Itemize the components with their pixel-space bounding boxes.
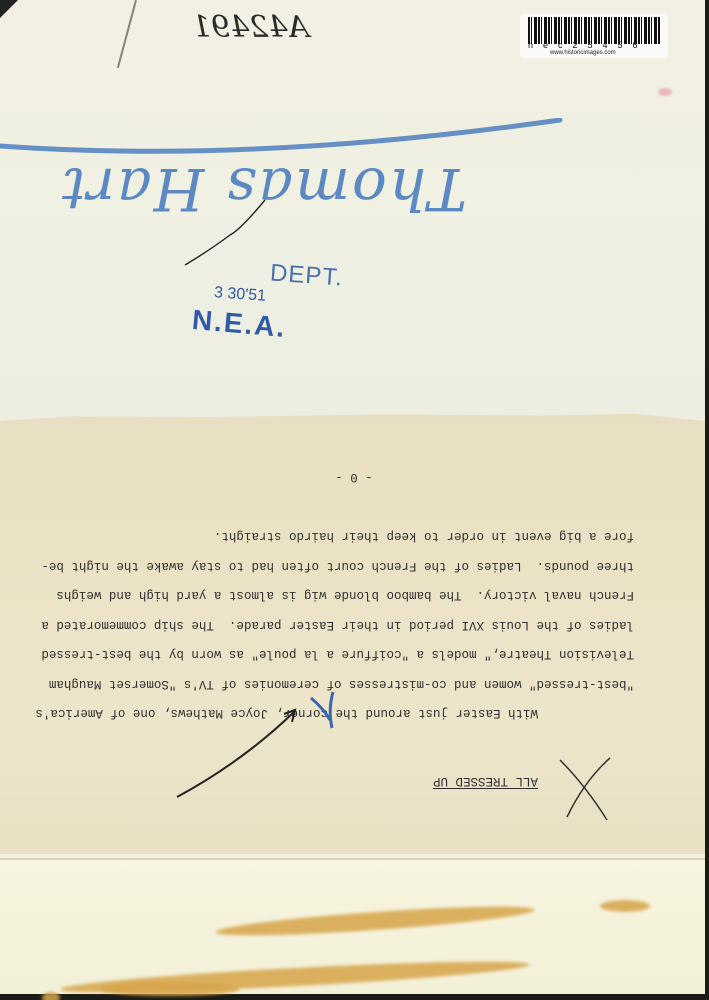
glue-stain	[600, 900, 650, 912]
pencil-x-icon	[555, 755, 615, 825]
caption-line: fore a big event in order to keep their …	[74, 521, 634, 551]
lower-paper-section	[0, 858, 705, 994]
caption-line: With Easter just around the corner, Joyc…	[74, 698, 634, 728]
caption-line: Television Theatre," models a "coiffure …	[74, 639, 634, 669]
barcode-website: www.historicimages.com	[550, 50, 616, 56]
stamp-dept: DEPT.	[269, 259, 344, 292]
pencil-stroke	[180, 190, 270, 270]
photo-back-sheet: A42491 nec25456 www.historicimages.com T…	[0, 0, 705, 992]
blue-check-icon	[308, 690, 338, 730]
paper-crease	[117, 0, 137, 68]
glue-stain	[42, 992, 60, 1000]
stamp-date: 3 30'51	[213, 284, 266, 306]
torn-corner	[0, 0, 18, 18]
barcode-label: nec25456 www.historicimages.com	[520, 14, 668, 58]
caption-line: French naval victory. The bamboo blonde …	[74, 580, 634, 610]
barcode-number: nec25456	[528, 40, 660, 50]
caption-title: ALL TRESSED UP	[74, 766, 538, 796]
handwritten-archive-id: A42491	[192, 10, 309, 45]
glue-stain	[100, 982, 240, 996]
typewritten-caption: ALL TRESSED UP With Easter just around t…	[74, 462, 634, 796]
blue-crayon-line	[0, 118, 565, 158]
caption-line: "best-tressed" women and co-mistresses o…	[74, 669, 634, 699]
caption-line: ladies of the Louis XVI period in their …	[74, 610, 634, 640]
stamp-agency: N.E.A.	[191, 304, 288, 344]
upper-paper-section: A42491 nec25456 www.historicimages.com T…	[0, 0, 705, 418]
caption-end-mark: - 0 -	[74, 462, 634, 492]
pencil-arrow-icon	[172, 702, 302, 802]
caption-line: three pounds. Ladies of the French court…	[74, 551, 634, 581]
pink-ink-spot	[658, 88, 672, 96]
glue-stain	[215, 901, 535, 941]
